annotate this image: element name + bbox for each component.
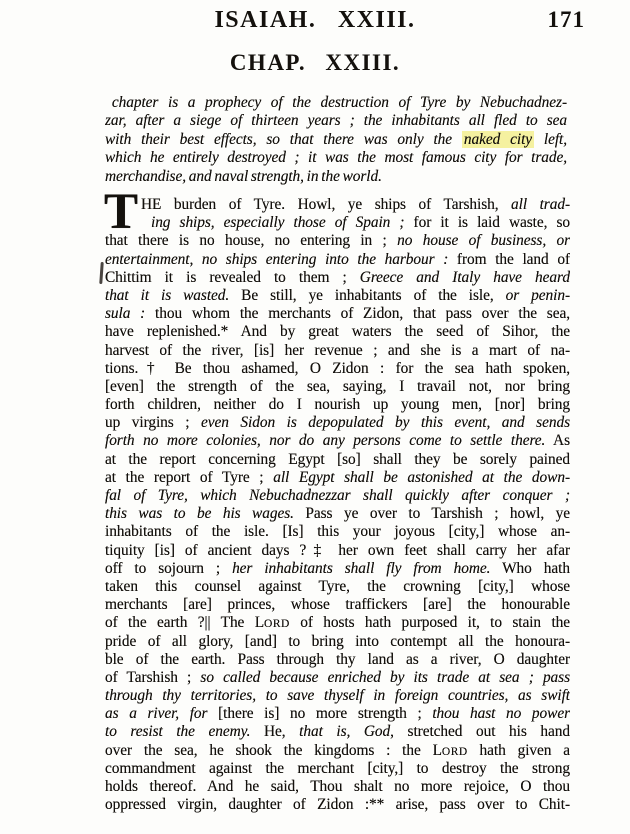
verse-line: 4tions.† Be thou ashamed, O Zidon : for … bbox=[105, 360, 570, 378]
line-text: with their best effects, so that there w… bbox=[105, 131, 567, 149]
line-text: HE burden of Tyre. Howl, ye ships of Tar… bbox=[141, 196, 570, 214]
line-text: at the report of Tyre ; all Egypt shall … bbox=[105, 469, 570, 487]
text-segment: that is, God bbox=[299, 723, 390, 740]
verse-line: tiquity [is] of ancient days ?‡ her own … bbox=[105, 542, 570, 560]
line-text: holds thereof. And he said, Thou shalt n… bbox=[105, 778, 570, 796]
text-segment: of Tarshish ; bbox=[105, 669, 200, 686]
verse-line: oppressed virgin, daughter of Zidon :** … bbox=[105, 796, 570, 814]
verse-line: 8off to sojourn ; her inhabitants shall … bbox=[105, 560, 570, 578]
text-segment: to resist the enemy. bbox=[105, 723, 250, 740]
text-segment: inhabitants of the isle. [Is] this your … bbox=[105, 523, 570, 540]
text-segment: HE burden of Tyre. Howl, ye ships of Tar… bbox=[141, 196, 511, 213]
text-segment: through thy territories, to save thyself… bbox=[105, 687, 570, 704]
text-segment: pride of all glory, [and] to bring into … bbox=[105, 633, 570, 650]
text-segment: merchants [are] princes, whose trafficke… bbox=[105, 596, 570, 613]
summary-line: with their best effects, so that there w… bbox=[105, 131, 567, 149]
line-text: which he entirely destroyed ; it was the… bbox=[105, 149, 567, 167]
text-segment: of the earth ?|| The L bbox=[105, 614, 264, 631]
text-segment: which he entirely destroyed ; it was the… bbox=[105, 149, 567, 166]
text-segment: of hosts hath purposed it, to stain the bbox=[290, 614, 570, 631]
text-segment: As bbox=[545, 432, 570, 449]
verse-line: 10ble of the earth. Pass through thy lan… bbox=[105, 651, 570, 669]
book-page: ISAIAH. XXIII. 171 CHAP. XXIII. This cha… bbox=[0, 0, 630, 834]
text-segment: oppressed virgin, daughter of Zidon :** … bbox=[105, 796, 570, 813]
text-segment: forth no more colonies, nor do any perso… bbox=[105, 432, 545, 449]
verse-line: 3have replenished.* And by great waters … bbox=[105, 323, 570, 341]
text-segment: ORD bbox=[264, 618, 290, 630]
line-text: merchandise, and naval strength, in the … bbox=[105, 168, 567, 186]
line-text: over the sea, he shook the kingdoms : th… bbox=[105, 742, 570, 760]
verse-line: that there is no house, no entering in ;… bbox=[105, 232, 570, 250]
text-segment: at the report concerning Egypt [so] shal… bbox=[105, 451, 570, 468]
chapter-summary: This chapter is a prophecy of the destru… bbox=[105, 94, 567, 186]
verse-line: 9of the earth ?|| The LORD of hosts hath… bbox=[105, 614, 570, 632]
line-text: through thy territories, to save thyself… bbox=[105, 687, 570, 705]
summary-line: which he entirely destroyed ; it was the… bbox=[105, 149, 567, 167]
text-segment: This chapter is a prophecy of the destru… bbox=[105, 94, 567, 111]
verse-line: harvest of the river, [is] her revenue ;… bbox=[105, 342, 570, 360]
text-segment: fal of Tyre, which Nebuchadnezzar shall … bbox=[105, 487, 570, 504]
text-segment: her inhabitants shall fly from home. bbox=[232, 560, 490, 577]
text-segment: Be still, ye inhabitants of the isle, bbox=[229, 287, 505, 304]
line-text: to resist the enemy. He, that is, God, s… bbox=[105, 723, 570, 741]
running-header-title: ISAIAH. XXIII. bbox=[214, 7, 415, 33]
text-segment: as a river, for bbox=[105, 705, 207, 722]
line-text: merchants [are] princes, whose trafficke… bbox=[105, 596, 570, 614]
text-segment: ORD bbox=[442, 746, 468, 758]
verse-line: 7inhabitants of the isle. [Is] this your… bbox=[105, 523, 570, 541]
line-text: zar, after a siege of thirteen years ; t… bbox=[105, 112, 567, 130]
text-segment: thou whom the merchants of Zidon, that p… bbox=[145, 305, 570, 322]
text-segment: He, bbox=[250, 723, 299, 740]
text-segment: even Sidon is depopulated by this event,… bbox=[201, 414, 570, 431]
verse-line: [even] the strength of the sea, saying, … bbox=[105, 378, 570, 396]
text-segment: taken this counsel against Tyre, the cro… bbox=[105, 578, 570, 595]
line-text: ing ships, especially those of Spain ; f… bbox=[151, 214, 570, 232]
line-text: have replenished.* And by great waters t… bbox=[105, 323, 570, 341]
text-segment: thou hast no power bbox=[432, 705, 570, 722]
verse-line: taken this counsel against Tyre, the cro… bbox=[105, 578, 570, 596]
verse-line: 6this was to be his wages. Pass ye over … bbox=[105, 505, 570, 523]
text-segment: forth children, neither do I nourish up … bbox=[105, 396, 570, 413]
line-text: up virgins ; even Sidon is depopulated b… bbox=[105, 414, 570, 432]
verse-line: commandment against the merchant [city,]… bbox=[105, 760, 570, 778]
text-segment: entertainment, no ships entering into th… bbox=[105, 251, 448, 268]
summary-line: zar, after a siege of thirteen years ; t… bbox=[105, 112, 567, 130]
verse-line: 11to resist the enemy. He, that is, God,… bbox=[105, 723, 570, 741]
verse-line: over the sea, he shook the kingdoms : th… bbox=[105, 742, 570, 760]
text-segment: Pass ye over to Tarshish ; howl, ye bbox=[294, 505, 570, 522]
text-segment: holds thereof. And he said, Thou shalt n… bbox=[105, 778, 570, 795]
text-segment: from the land of bbox=[448, 251, 570, 268]
verse-line: Chittim it is revealed to them ; Greece … bbox=[105, 269, 570, 287]
line-text: forth no more colonies, nor do any perso… bbox=[105, 432, 570, 450]
line-text: fal of Tyre, which Nebuchadnezzar shall … bbox=[105, 487, 570, 505]
text-segment: Who hath bbox=[490, 560, 570, 577]
text-segment: merchandise, and naval strength, in the … bbox=[105, 168, 382, 185]
verse-line: up virgins ; even Sidon is depopulated b… bbox=[105, 414, 570, 432]
text-segment: so called because enriched by its trade … bbox=[200, 669, 570, 686]
verse-line: forth children, neither do I nourish up … bbox=[105, 396, 570, 414]
text-segment: no house of business, or bbox=[397, 232, 570, 249]
text-segment: tions.† Be thou ashamed, O Zidon : for t… bbox=[105, 360, 570, 377]
line-text: sula : thou whom the merchants of Zidon,… bbox=[105, 305, 570, 323]
text-segment: this was to be his wages. bbox=[105, 505, 294, 522]
summary-line: merchandise, and naval strength, in the … bbox=[105, 168, 567, 186]
line-text: inhabitants of the isle. [Is] this your … bbox=[105, 523, 570, 541]
page-number: 171 bbox=[548, 7, 586, 33]
line-text: Chittim it is revealed to them ; Greece … bbox=[105, 269, 570, 287]
verse-line: sula : thou whom the merchants of Zidon,… bbox=[105, 305, 570, 323]
verse-line: at the report concerning Egypt [so] shal… bbox=[105, 451, 570, 469]
line-text: this was to be his wages. Pass ye over t… bbox=[105, 505, 570, 523]
text-segment: [there is] no more strength ; bbox=[207, 705, 432, 722]
text-segment: commandment against the merchant [city,]… bbox=[105, 760, 570, 777]
text-segment: [even] the strength of the sea, saying, … bbox=[105, 378, 570, 395]
verse-line: of Tarshish ; so called because enriched… bbox=[105, 669, 570, 687]
chapter-heading: CHAP. XXIII. bbox=[0, 50, 630, 76]
chapter-text: T 1HE burden of Tyre. Howl, ye ships of … bbox=[105, 196, 570, 814]
line-text: pride of all glory, [and] to bring into … bbox=[105, 633, 570, 651]
line-text: that it is wasted. Be still, ye inhabita… bbox=[105, 287, 570, 305]
line-text: that there is no house, no entering in ;… bbox=[105, 232, 570, 250]
line-text: oppressed virgin, daughter of Zidon :** … bbox=[105, 796, 570, 814]
line-text: of Tarshish ; so called because enriched… bbox=[105, 669, 570, 687]
verse-line: pride of all glory, [and] to bring into … bbox=[105, 633, 570, 651]
ink-blot-artifact bbox=[99, 262, 104, 284]
line-text: harvest of the river, [is] her revenue ;… bbox=[105, 342, 570, 360]
text-segment: left, bbox=[534, 131, 567, 148]
text-segment: or penin- bbox=[506, 287, 570, 304]
verse-line: as a river, for [there is] no more stren… bbox=[105, 705, 570, 723]
verse-line: entertainment, no ships entering into th… bbox=[105, 251, 570, 269]
summary-line: This chapter is a prophecy of the destru… bbox=[105, 94, 567, 112]
line-text: as a river, for [there is] no more stren… bbox=[105, 705, 570, 723]
text-segment: that there is no house, no entering in ; bbox=[105, 232, 397, 249]
running-header: ISAIAH. XXIII. 171 bbox=[0, 7, 630, 34]
text-segment: tiquity [is] of ancient days ?‡ her own … bbox=[105, 542, 570, 559]
verse-line: 2that it is wasted. Be still, ye inhabit… bbox=[105, 287, 570, 305]
line-text: tiquity [is] of ancient days ?‡ her own … bbox=[105, 542, 570, 560]
line-text: commandment against the merchant [city,]… bbox=[105, 760, 570, 778]
text-segment: zar, after a siege of thirteen years ; t… bbox=[105, 112, 567, 129]
verse-line: merchants [are] princes, whose trafficke… bbox=[105, 596, 570, 614]
text-segment: Chittim it is revealed to them ; bbox=[105, 269, 360, 286]
text-segment: at the report of Tyre ; bbox=[105, 469, 273, 486]
text-segment: have replenished.* And by great waters t… bbox=[105, 323, 570, 340]
line-text: forth children, neither do I nourish up … bbox=[105, 396, 570, 414]
text-segment: hath given a bbox=[468, 742, 570, 759]
text-segment: over the sea, he shook the kingdoms : th… bbox=[105, 742, 442, 759]
verse-line: ing ships, especially those of Spain ; f… bbox=[105, 214, 570, 232]
text-segment: ble of the earth. Pass through thy land … bbox=[105, 651, 570, 668]
verse-line: 1HE burden of Tyre. Howl, ye ships of Ta… bbox=[105, 196, 570, 214]
text-segment: sula : bbox=[105, 305, 145, 322]
text-segment: Greece and Italy have heard bbox=[360, 269, 570, 286]
verse-line: 5forth no more colonies, nor do any pers… bbox=[105, 432, 570, 450]
highlighted-phrase: naked city bbox=[462, 131, 534, 148]
text-segment: with their best effects, so that there w… bbox=[105, 131, 462, 148]
text-segment: , stretched out his hand bbox=[390, 723, 570, 740]
text-segment: up virgins ; bbox=[105, 414, 201, 431]
text-segment: all trad- bbox=[511, 196, 570, 213]
line-text: of the earth ?|| The LORD of hosts hath … bbox=[105, 614, 570, 632]
body-lines: 1HE burden of Tyre. Howl, ye ships of Ta… bbox=[105, 196, 570, 814]
line-text: [even] the strength of the sea, saying, … bbox=[105, 378, 570, 396]
line-text: tions.† Be thou ashamed, O Zidon : for t… bbox=[105, 360, 570, 378]
line-text: ble of the earth. Pass through thy land … bbox=[105, 651, 570, 669]
line-text: taken this counsel against Tyre, the cro… bbox=[105, 578, 570, 596]
text-segment: that it is wasted. bbox=[105, 287, 229, 304]
line-text: off to sojourn ; her inhabitants shall f… bbox=[105, 560, 570, 578]
verse-line: at the report of Tyre ; all Egypt shall … bbox=[105, 469, 570, 487]
line-text: at the report concerning Egypt [so] shal… bbox=[105, 451, 570, 469]
text-segment: off to sojourn ; bbox=[105, 560, 232, 577]
text-segment: all Egypt shall be astonished at the dow… bbox=[273, 469, 570, 486]
line-text: This chapter is a prophecy of the destru… bbox=[105, 94, 567, 112]
drop-cap: T bbox=[104, 192, 138, 232]
verse-line: fal of Tyre, which Nebuchadnezzar shall … bbox=[105, 487, 570, 505]
verse-line: 12holds thereof. And he said, Thou shalt… bbox=[105, 778, 570, 796]
verse-line: through thy territories, to save thyself… bbox=[105, 687, 570, 705]
text-segment: ing ships, especially those of Spain ; bbox=[151, 214, 404, 231]
line-text: entertainment, no ships entering into th… bbox=[105, 251, 570, 269]
text-segment: for it is laid waste, so bbox=[404, 214, 570, 231]
text-segment: harvest of the river, [is] her revenue ;… bbox=[105, 342, 570, 359]
